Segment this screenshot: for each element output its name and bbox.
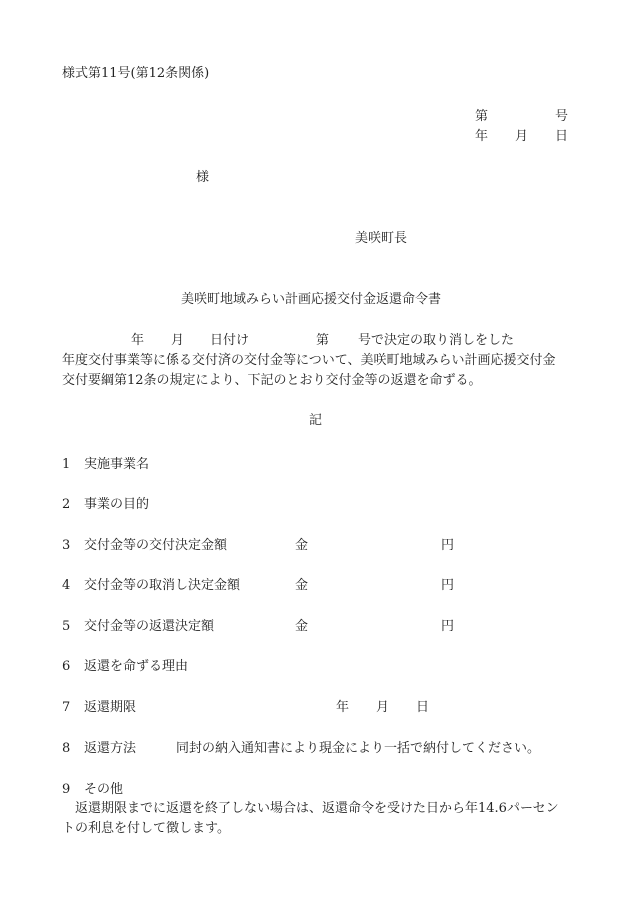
body-line1-rest: 号で決定の取り消しをした <box>358 333 514 349</box>
item-7-label: 返還期限 <box>84 700 136 716</box>
issuer: 美咲町長 <box>355 231 407 247</box>
ki-label: 記 <box>309 413 322 429</box>
body-line3: 交付要綱第12条の規定により、下記のとおり交付金等の返還を命ずる。 <box>62 373 482 389</box>
item-5-yen: 円 <box>441 619 454 635</box>
item-3-yen: 円 <box>441 538 454 554</box>
item-1-num: 1 <box>62 457 70 473</box>
form-number: 様式第11号(第12条関係) <box>62 66 209 82</box>
body-number-prefix: 第 <box>316 333 329 349</box>
date-month: 月 <box>515 129 528 145</box>
item-4-num: 4 <box>62 578 70 594</box>
item-1-label: 実施事業名 <box>84 457 149 473</box>
item-3-kin: 金 <box>295 538 308 554</box>
body-line2: 年度交付事業等に係る交付済の交付金等について、美咲町地域みらい計画応援交付金 <box>62 353 555 369</box>
item-9-label: その他 <box>84 782 123 798</box>
item-4-yen: 円 <box>441 578 454 594</box>
item-5-num: 5 <box>62 619 70 635</box>
item-3-label: 交付金等の交付決定金額 <box>84 538 227 554</box>
body-year: 年 <box>131 333 144 349</box>
document-title: 美咲町地域みらい計画応援交付金返還命令書 <box>181 292 441 308</box>
item-7-month: 月 <box>376 700 389 716</box>
doc-number-suffix: 号 <box>555 109 568 125</box>
item-6-num: 6 <box>62 659 70 675</box>
note-line2: トの利息を付して徴します。 <box>62 821 230 837</box>
item-9-num: 9 <box>62 782 70 798</box>
item-8-label: 返還方法 <box>84 741 136 757</box>
item-8-num: 8 <box>62 741 70 757</box>
item-2-num: 2 <box>62 497 70 513</box>
item-4-kin: 金 <box>295 578 308 594</box>
item-3-num: 3 <box>62 538 70 554</box>
item-7-year: 年 <box>336 700 349 716</box>
body-day-dated: 日付け <box>210 333 249 349</box>
item-5-label: 交付金等の返還決定額 <box>84 619 214 635</box>
note-line1: 返還期限までに返還を終了しない場合は、返還命令を受けた日から年14.6パーセン <box>75 801 559 817</box>
item-5-kin: 金 <box>295 619 308 635</box>
addressee-suffix: 様 <box>196 170 209 186</box>
date-day: 日 <box>555 129 568 145</box>
item-7-day: 日 <box>416 700 429 716</box>
date-year: 年 <box>475 129 488 145</box>
item-4-label: 交付金等の取消し決定金額 <box>84 578 240 594</box>
body-month: 月 <box>171 333 184 349</box>
item-2-label: 事業の目的 <box>84 497 149 513</box>
doc-number-prefix: 第 <box>475 109 488 125</box>
item-6-label: 返還を命ずる理由 <box>84 659 188 675</box>
item-8-value: 同封の納入通知書により現金により一括で納付してください。 <box>176 741 540 757</box>
item-7-num: 7 <box>62 700 70 716</box>
